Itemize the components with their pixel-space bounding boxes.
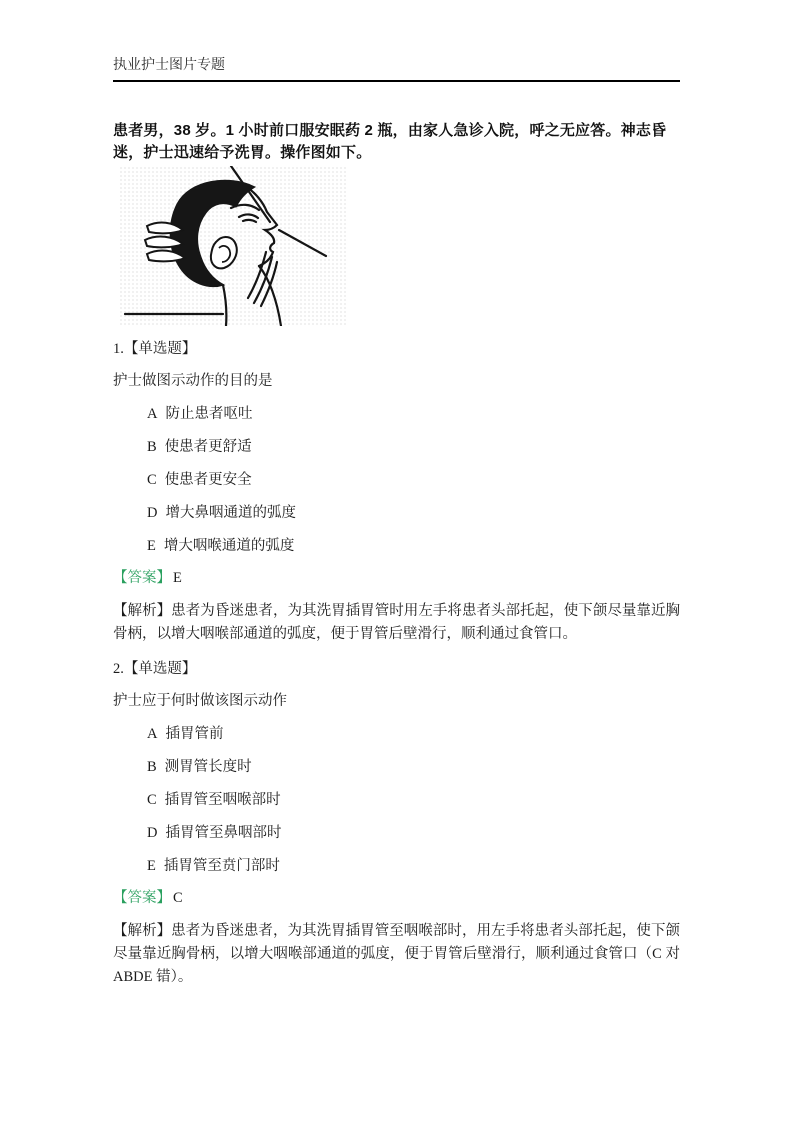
- option-row: C插胃管至咽喉部时: [147, 790, 680, 810]
- option-letter: A: [147, 406, 157, 422]
- hand-fingers: [145, 223, 185, 262]
- eye-line: [239, 214, 258, 218]
- option-row: C使患者更安全: [147, 470, 680, 490]
- option-text: 增大咽喉通道的弧度: [164, 538, 295, 554]
- hair-shape: [170, 180, 255, 286]
- analysis-text: 患者为昏迷患者，为其洗胃插胃管时用左手将患者头部托起，使下颌尽量靠近胸骨柄，以增…: [113, 603, 680, 642]
- back-neck-line: [223, 285, 226, 326]
- option-text: 使患者更安全: [165, 472, 252, 488]
- question-block-1: 1.【单选题】 护士做图示动作的目的是 A防止患者呕吐 B使患者更舒适 C使患者…: [113, 340, 680, 646]
- answer-line: 【答案】E: [113, 569, 680, 588]
- tube-line-lower: [279, 230, 326, 256]
- head-position-drawing: [119, 166, 347, 326]
- question-type-label: 【单选题】: [124, 661, 197, 677]
- option-row: D插胃管至鼻咽部时: [147, 823, 680, 843]
- options-list: A插胃管前 B测胃管长度时 C插胃管至咽喉部时 D插胃管至鼻咽部时 E插胃管至贲…: [113, 724, 680, 876]
- option-letter: D: [147, 505, 157, 521]
- option-text: 插胃管至鼻咽部时: [165, 825, 281, 841]
- answer-label: 【答案】: [113, 570, 171, 586]
- question-number: 2.: [113, 661, 124, 677]
- ear-shape: [211, 237, 237, 268]
- face-profile: [245, 186, 277, 266]
- question-stem: 患者男，38 岁。1 小时前口服安眠药 2 瓶，由家人急诊入院，呼之无应答。神志…: [113, 120, 680, 164]
- option-row: A防止患者呕吐: [147, 404, 680, 424]
- answer-line: 【答案】C: [113, 889, 680, 908]
- option-letter: A: [147, 726, 157, 742]
- option-row: B测胃管长度时: [147, 757, 680, 777]
- option-letter: E: [147, 858, 156, 874]
- option-row: E插胃管至贲门部时: [147, 856, 680, 876]
- question-text: 护士应于何时做该图示动作: [113, 692, 680, 711]
- analysis-label: 【解析】: [113, 923, 171, 939]
- analysis-label: 【解析】: [113, 603, 171, 619]
- option-row: A插胃管前: [147, 724, 680, 744]
- exam-page: 执业护士图片专题 患者男，38 岁。1 小时前口服安眠药 2 瓶，由家人急诊入院…: [0, 0, 793, 1122]
- option-row: D增大鼻咽通道的弧度: [147, 503, 680, 523]
- question-type-label: 【单选题】: [124, 341, 197, 357]
- question-number: 1.: [113, 341, 124, 357]
- question-text: 护士做图示动作的目的是: [113, 372, 680, 391]
- eye-lower-line: [243, 220, 256, 222]
- answer-value: C: [173, 890, 183, 906]
- option-letter: C: [147, 792, 157, 808]
- answer-value: E: [173, 570, 182, 586]
- option-row: B使患者更舒适: [147, 437, 680, 457]
- procedure-illustration: [119, 166, 347, 326]
- page-title: 执业护士图片专题: [113, 56, 225, 72]
- page-header: 执业护士图片专题: [113, 55, 680, 82]
- option-letter: C: [147, 472, 157, 488]
- option-letter: E: [147, 538, 156, 554]
- options-list: A防止患者呕吐 B使患者更舒适 C使患者更安全 D增大鼻咽通道的弧度 E增大咽喉…: [113, 404, 680, 556]
- analysis-text: 患者为昏迷患者，为其洗胃插胃管至咽喉部时，用左手将患者头部托起，使下颌尽量靠近胸…: [113, 923, 680, 985]
- option-text: 使患者更舒适: [165, 439, 252, 455]
- question-block-2: 2.【单选题】 护士应于何时做该图示动作 A插胃管前 B测胃管长度时 C插胃管至…: [113, 660, 680, 989]
- answer-label: 【答案】: [113, 890, 171, 906]
- analysis-paragraph: 【解析】患者为昏迷患者，为其洗胃插胃管至咽喉部时，用左手将患者头部托起，使下颌尽…: [113, 920, 680, 989]
- option-text: 插胃管至贲门部时: [164, 858, 280, 874]
- question-number-line: 2.【单选题】: [113, 660, 680, 679]
- question-number-line: 1.【单选题】: [113, 340, 680, 359]
- option-text: 增大鼻咽通道的弧度: [165, 505, 296, 521]
- option-text: 插胃管前: [165, 726, 223, 742]
- front-neck-line: [259, 266, 281, 326]
- option-letter: B: [147, 439, 157, 455]
- option-text: 插胃管至咽喉部时: [165, 792, 281, 808]
- analysis-paragraph: 【解析】患者为昏迷患者，为其洗胃插胃管时用左手将患者头部托起，使下颌尽量靠近胸骨…: [113, 600, 680, 646]
- option-text: 测胃管长度时: [165, 759, 252, 775]
- throat-line-1: [248, 252, 266, 298]
- option-text: 防止患者呕吐: [165, 406, 252, 422]
- option-letter: B: [147, 759, 157, 775]
- option-row: E增大咽喉通道的弧度: [147, 536, 680, 556]
- option-letter: D: [147, 825, 157, 841]
